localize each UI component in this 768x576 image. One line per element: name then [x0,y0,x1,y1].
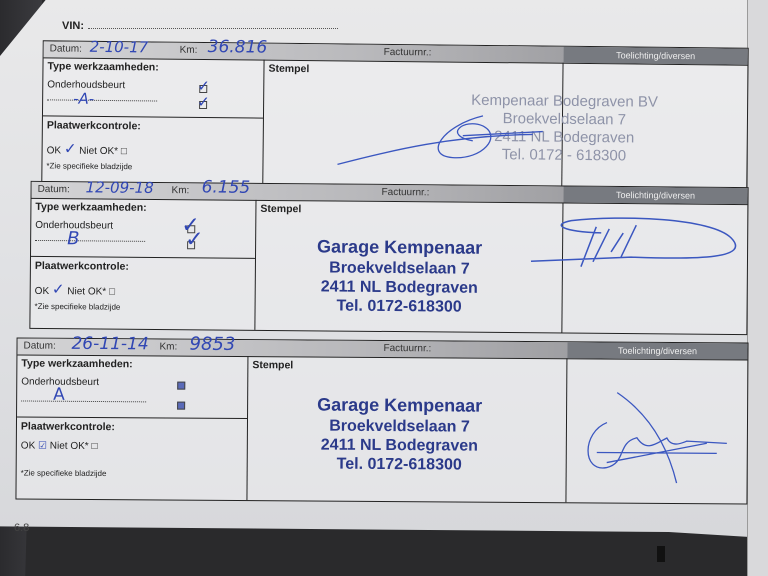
stempel-label: Stempel [252,359,293,371]
service-type-line [35,240,145,242]
stamp-line: 2411 NL Bodegraven [317,277,482,298]
dealer-stamp: Garage Kempenaar Broekveldselaan 7 2411 … [317,395,483,475]
toelichting-header: Toelichting/diversen [567,342,747,359]
type-title: Type werkzaamheden: [21,357,132,370]
factuurnr-label: Factuurnr.: [382,187,430,198]
dealer-stamp: Garage Kempenaar Broekveldselaan 7 2411 … [316,236,482,317]
factuurnr-label: Factuurnr.: [383,343,431,354]
ok-option[interactable]: OK ☑ Niet OK* □ [21,440,98,452]
km-value: 36.816 [208,37,268,58]
stempel-label: Stempel [268,63,309,75]
stamp-line: Garage Kempenaar [317,236,482,259]
ok-checkbox-checked[interactable]: ☑ [38,441,47,452]
zie-note: *Zie specifieke bladzijde [21,468,107,478]
niet-ok-checkbox[interactable]: □ [121,146,127,157]
plaatwerk-title: Plaatwerkcontrole: [35,260,129,273]
left-column: Type werkzaamheden: Onderhoudsbeurt ✓ -A… [42,57,264,183]
signature [501,206,742,278]
niet-ok-checkbox[interactable]: □ [91,441,97,452]
niet-ok-label: Niet OK* [67,286,106,297]
datum-value: 2-10-17 [90,38,149,57]
checkmark-icon: ✓ [64,140,77,158]
ok-label: OK [47,145,62,156]
plaatwerkcontrole-box: Plaatwerkcontrole: OK ✓ Niet OK* □ *Zie … [30,256,255,330]
service-type-value: B [67,228,80,249]
toelichting-header: Toelichting/diversen [563,187,747,205]
page-number: 6.8 [14,522,29,534]
type-title: Type werkzaamheden: [47,60,158,73]
next-page-edge [747,0,768,576]
niet-ok-label: Niet OK* [50,441,89,452]
signature [332,94,593,177]
service-record-2: Datum: 12-09-18 Km: 6.155 Factuurnr.: To… [29,181,748,335]
plaatwerk-title: Plaatwerkcontrole: [21,420,115,433]
plaatwerkcontrole-box: Plaatwerkcontrole: OK ✓ Niet OK* □ *Zie … [42,115,263,183]
checkmark-icon: ✓ [52,280,65,298]
service-type-line [47,99,157,101]
type-title: Type werkzaamheden: [35,201,146,214]
type-werkzaamheden-box: Type werkzaamheden: Onderhoudsbeurt A [17,354,247,419]
signature [577,382,748,493]
km-label: Km: [180,45,198,56]
toelichting-header: Toelichting/diversen [564,47,748,65]
stamp-line: 2411 NL Bodegraven [317,435,482,455]
stamp-line: Broekveldselaan 7 [317,416,482,436]
ok-label: OK [35,286,50,297]
ok-option[interactable]: OK ✓ Niet OK* □ [35,280,115,299]
datum-value: 12-09-18 [86,178,154,197]
service-type-checkbox[interactable] [177,402,185,410]
stamp-line: Tel. 0172-618300 [316,296,481,317]
stamp-line: Broekveldselaan 7 [317,258,482,279]
service-type-value: -A- [73,90,94,108]
vin-field: VIN: [62,20,338,32]
vin-dotted-line [88,28,338,29]
stempel-label: Stempel [260,203,301,215]
service-record-1: Datum: 2-10-17 Km: 36.816 Factuurnr.: To… [41,40,748,189]
km-label: Km: [172,185,190,196]
zie-note: *Zie specifieke bladzijde [35,302,121,312]
plaatwerkcontrole-box: Plaatwerkcontrole: OK ☑ Niet OK* □ *Zie … [16,416,247,500]
datum-value: 26-11-14 [71,334,148,355]
niet-ok-checkbox[interactable]: □ [109,287,115,298]
datum-label: Datum: [23,340,55,351]
type-werkzaamheden-box: Type werkzaamheden: Onderhoudsbeurt ✓ -A… [43,57,264,118]
vin-label: VIN: [62,20,84,32]
km-value: 9853 [189,334,235,355]
onderhoudsbeurt-checkbox[interactable] [177,382,185,390]
km-value: 6.155 [202,177,251,197]
datum-label: Datum: [38,184,70,195]
niet-ok-label: Niet OK* [79,146,118,157]
checkmark-icon: ✓ [197,93,210,111]
service-record-3: Datum: 26-11-14 Km: 9853 Factuurnr.: Toe… [15,337,748,504]
ok-option[interactable]: OK ✓ Niet OK* □ [47,139,128,158]
checkmark-icon: ✓ [185,227,204,252]
factuurnr-label: Factuurnr.: [384,47,432,59]
left-column: Type werkzaamheden: Onderhoudsbeurt ✓ B … [30,198,256,330]
stamp-line: Garage Kempenaar [317,395,482,418]
service-type-value: A [53,385,65,405]
stamp-line: Tel. 0172-618300 [317,455,482,475]
datum-label: Datum: [50,43,82,54]
service-type-line [21,400,146,402]
km-label: Km: [159,341,177,352]
zie-note: *Zie specifieke bladzijde [46,161,132,171]
left-column: Type werkzaamheden: Onderhoudsbeurt A Pl… [16,354,248,500]
plaatwerk-title: Plaatwerkcontrole: [47,119,141,132]
ok-label: OK [21,440,36,451]
book-marker [657,546,665,562]
type-werkzaamheden-box: Type werkzaamheden: Onderhoudsbeurt ✓ B … [31,198,256,259]
